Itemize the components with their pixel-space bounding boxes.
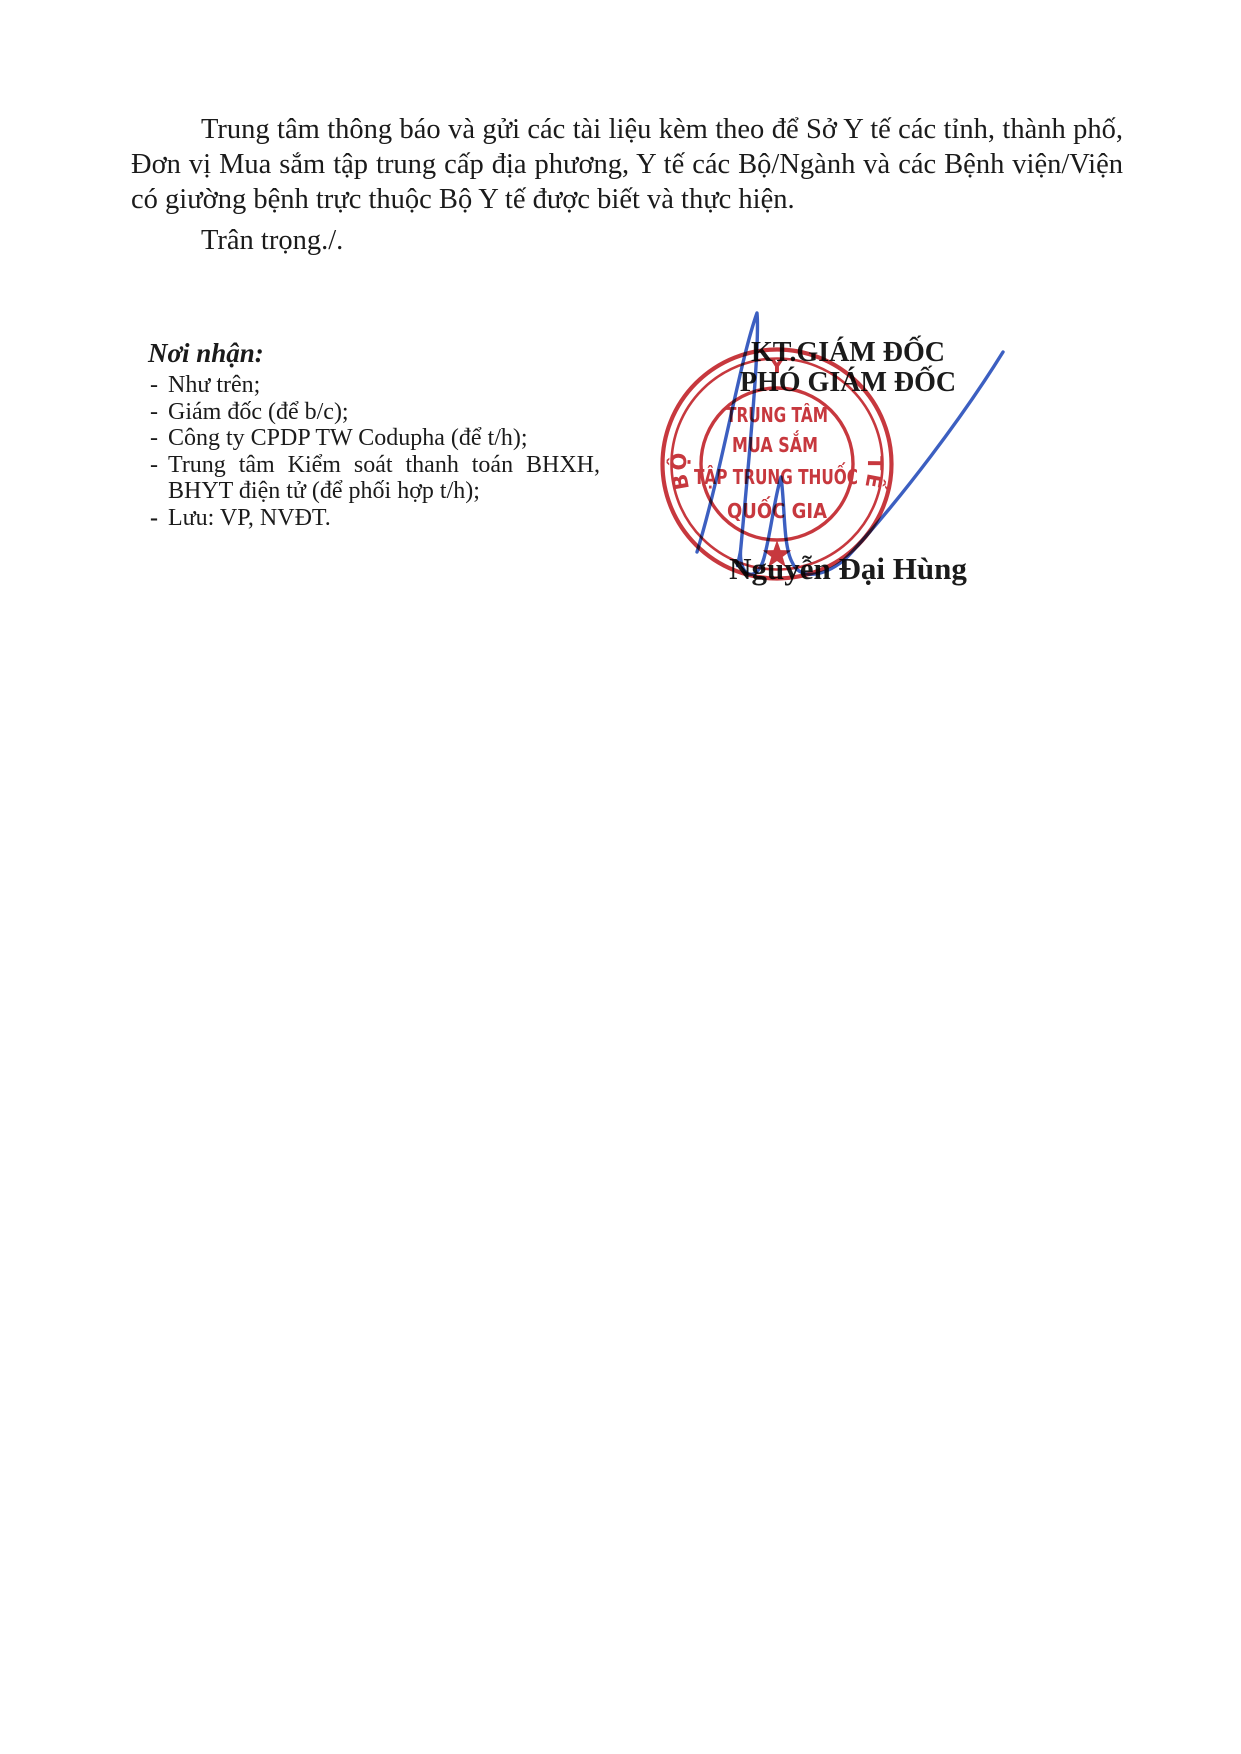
dash-marker: - [150,452,158,479]
stamp-center-line-1: TRUNG TÂM [726,403,828,427]
dash-marker: - [150,505,158,532]
signature-section: Nơi nhận: - Như trên; - Giám đốc (để b/c… [131,338,1123,531]
stamp-ring-text-right: TẾ [860,456,891,493]
letter-body: Trung tâm thông báo và gửi các tài liệu … [131,112,1123,531]
recipient-item-label: Công ty CPDP TW Codupha (để t/h); [168,425,528,451]
recipient-item: - Trung tâm Kiểm soát thanh toán BHXH, B… [148,452,600,505]
stamp-center-line-3: TẬP TRUNG THUỐC [694,463,858,489]
recipient-item-label: Như trên; [168,372,260,398]
recipient-item: - Lưu: VP, NVĐT. [148,505,600,532]
official-stamp: BỘ Y TẾ TRUNG TÂM MUA SẮM TẬP TRUNG THUỐ… [657,344,897,584]
recipient-item: - Giám đốc (để b/c); [148,399,600,426]
stamp-center-line-2: MUA SẮM [732,431,818,457]
document-page: Trung tâm thông báo và gửi các tài liệu … [0,0,1241,1754]
recipients-heading: Nơi nhận: [148,338,600,368]
star-icon [763,540,792,567]
stamp-center-line-4: QUỐC GIA [727,497,827,523]
stamp-ring-text-left: BỘ [665,450,694,492]
recipients-block: Nơi nhận: - Như trên; - Giám đốc (để b/c… [148,338,600,531]
dash-marker: - [150,399,158,426]
dash-marker: - [150,372,158,399]
recipient-item: - Như trên; [148,372,600,399]
regards-line: Trân trọng./. [131,223,1123,258]
recipient-item-label: Giám đốc (để b/c); [168,399,349,425]
recipients-list: - Như trên; - Giám đốc (để b/c); - Công … [148,372,600,531]
recipient-item-label: Lưu: VP, NVĐT. [168,505,331,531]
dash-marker: - [150,425,158,452]
stamp-graphic: BỘ Y TẾ TRUNG TÂM MUA SẮM TẬP TRUNG THUỐ… [657,344,897,584]
recipient-item-label: Trung tâm Kiểm soát thanh toán BHXH, BHY… [168,452,600,505]
recipient-item: - Công ty CPDP TW Codupha (để t/h); [148,425,600,452]
stamp-middle-ring [672,359,883,570]
stamp-ring-text-top: Y [768,354,785,378]
closing-paragraph: Trung tâm thông báo và gửi các tài liệu … [131,112,1123,217]
